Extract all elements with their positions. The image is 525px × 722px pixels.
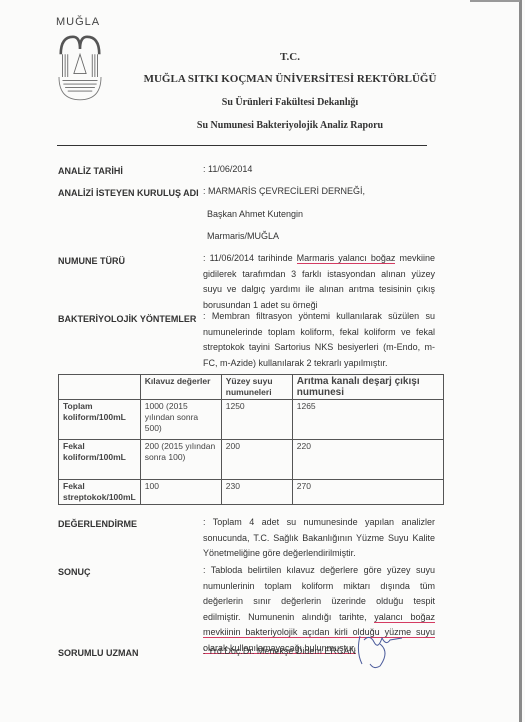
signature-icon: [350, 632, 410, 672]
value-numune: : 11/06/2014 tarihinde Marmaris yalancı …: [203, 251, 435, 313]
label-numune: NUMUNE TÜRÜ: [58, 256, 125, 266]
header-divider: [57, 145, 427, 146]
university-logo-icon: [52, 28, 108, 112]
table-row: Toplam koliform/100mL 1000 (2015 yılında…: [59, 400, 444, 440]
header-faculty: Su Ürünleri Fakültesi Dekanlığı: [140, 97, 440, 108]
header-tc: T.C.: [140, 51, 440, 63]
label-yontem: BAKTERİYOLOJİK YÖNTEMLER: [58, 314, 196, 324]
label-kurulus: ANALİZİ İSTEYEN KURULUŞ ADI: [58, 188, 199, 198]
value-kurulus-name: : MARMARİS ÇEVRECİLERİ DERNEĞİ,: [203, 184, 435, 200]
value-analiz-tarihi: : 11/06/2014: [203, 162, 435, 178]
logo-text: MUĞLA: [56, 16, 100, 28]
header-report-title: Su Numunesi Bakteriyolojik Analiz Raporu: [140, 120, 440, 131]
label-analiz-tarihi: ANALİZ TARİHİ: [58, 166, 123, 176]
value-yontem: : Membran filtrasyon yöntemi kullanılara…: [203, 309, 435, 371]
value-kurulus-person: Başkan Ahmet Kutengin: [207, 207, 439, 223]
label-sonuc: SONUÇ: [58, 567, 91, 577]
results-table: Kılavuz değerler Yüzey suyu numuneleri A…: [58, 374, 444, 505]
header-university: MUĞLA SITKI KOÇMAN ÜNİVERSİTESİ REKTÖRLÜ…: [140, 73, 440, 85]
table-row: Fekal koliform/100mL 200 (2015 yılından …: [59, 440, 444, 480]
label-degerlendirme: DEĞERLENDİRME: [58, 519, 137, 529]
page-edge: [519, 0, 522, 722]
value-kurulus-city: Marmaris/MUĞLA: [207, 229, 439, 245]
label-uzman: SORUMLU UZMAN: [58, 648, 139, 658]
table-header-row: Kılavuz değerler Yüzey suyu numuneleri A…: [59, 375, 444, 400]
table-row: Fekal streptokok/100mL 100 230 270: [59, 480, 444, 505]
value-degerlendirme: : Toplam 4 adet su numunesinde yapılan a…: [203, 515, 435, 562]
page-edge-top: [470, 0, 520, 2]
